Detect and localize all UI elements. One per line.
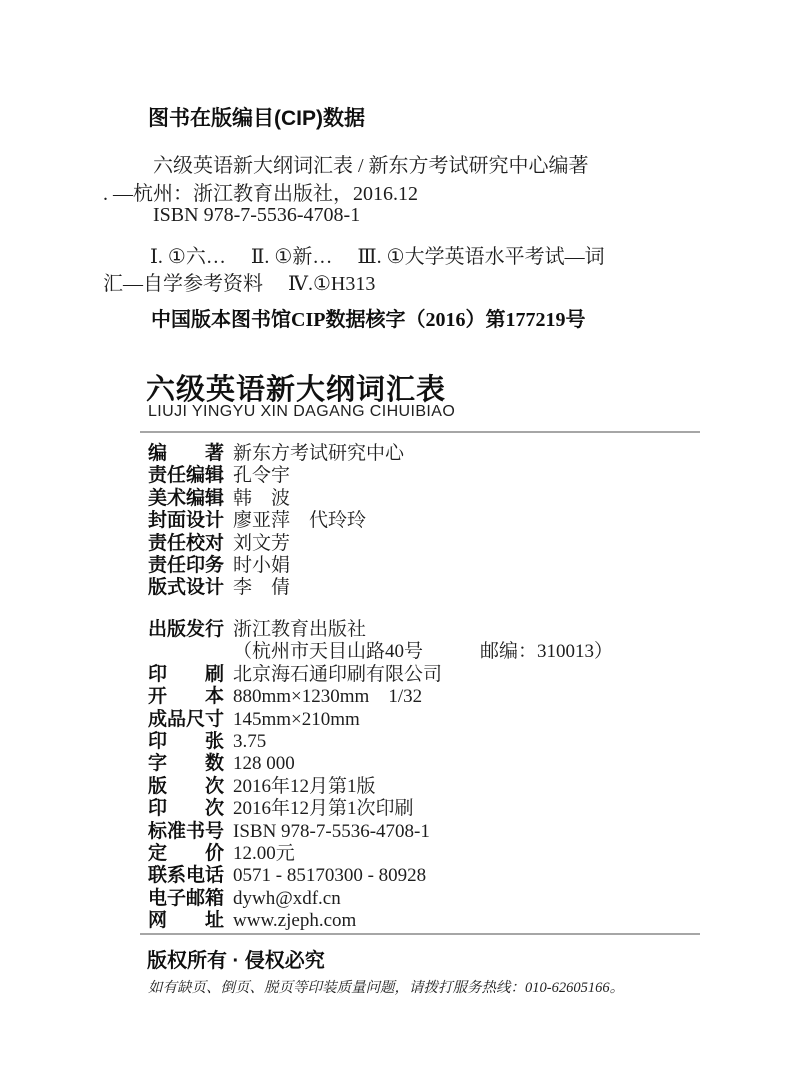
cip-entry-line-2: . —杭州：浙江教育出版社，2016.12 [103,177,418,206]
quality-notice: 如有缺页、倒页、脱页等印装质量问题，请拨打服务热线：010-62605166。 [148,976,624,997]
cip-record-line: 中国版本图书馆CIP数据核字（2016）第177219号 [151,303,585,332]
publication-row: 联系电话0571 - 85170300 - 80928 [148,865,613,887]
publication-label: 网 址 [148,910,233,932]
footer-divider-rule [140,933,700,935]
publication-row: 开 本880mm×1230mm 1/32 [148,686,613,708]
publication-details-list: 出版发行浙江教育出版社 （杭州市天目山路40号 邮编：310013） 印 刷北京… [148,619,613,932]
staff-value: 时小娟 [233,555,290,577]
staff-value: 韩 波 [233,488,290,510]
publication-label: 成品尺寸 [148,709,233,731]
publication-row: 标准书号ISBN 978-7-5536-4708-1 [148,821,613,843]
publication-label: 定 价 [148,843,233,865]
publication-value: 0571 - 85170300 - 80928 [233,865,426,887]
staff-label: 责任校对 [148,533,233,555]
cip-entry-line-1: 六级英语新大纲词汇表 / 新东方考试研究中心编著 [153,149,589,178]
publication-value: www.zjeph.com [233,910,356,932]
publication-row: 印 张3.75 [148,731,613,753]
publication-row: 定 价12.00元 [148,843,613,865]
publication-label: 印 刷 [148,664,233,686]
staff-row: 编 著新东方考试研究中心 [148,443,404,465]
publication-row: 出版发行浙江教育出版社 [148,619,613,641]
publication-label [148,641,233,663]
publication-value: ISBN 978-7-5536-4708-1 [233,821,430,843]
staff-value: 李 倩 [233,577,290,599]
publication-label: 印 次 [148,798,233,820]
publication-label: 字 数 [148,753,233,775]
staff-label: 编 著 [148,443,233,465]
cip-class-line-2: 汇—自学参考资料 Ⅳ.①H313 [103,267,375,296]
staff-label: 美术编辑 [148,488,233,510]
publication-label: 印 张 [148,731,233,753]
publication-label: 出版发行 [148,619,233,641]
book-title-pinyin: LIUJI YINGYU XIN DAGANG CIHUIBIAO [148,403,455,421]
publication-value: 3.75 [233,731,266,753]
staff-label: 版式设计 [148,577,233,599]
publication-label: 联系电话 [148,865,233,887]
publication-value: 145mm×210mm [233,709,360,731]
publication-label: 标准书号 [148,821,233,843]
book-title: 六级英语新大纲词汇表 [146,367,446,408]
staff-credits-list: 编 著新东方考试研究中心 责任编辑孔令宇 美术编辑韩 波 封面设计廖亚萍 代玲玲… [148,443,404,600]
publication-value: 2016年12月第1次印刷 [233,798,414,820]
publication-row: （杭州市天目山路40号 邮编：310013） [148,641,613,663]
publication-row: 电子邮箱dywh@xdf.cn [148,888,613,910]
publication-row: 网 址www.zjeph.com [148,910,613,932]
publication-value: dywh@xdf.cn [233,888,341,910]
cip-isbn-line: ISBN 978-7-5536-4708-1 [153,204,360,227]
staff-value: 新东方考试研究中心 [233,443,404,465]
staff-label: 责任印务 [148,555,233,577]
staff-row: 封面设计廖亚萍 代玲玲 [148,510,404,532]
publication-row: 成品尺寸145mm×210mm [148,709,613,731]
publication-value: 浙江教育出版社 [233,619,366,641]
staff-row: 美术编辑韩 波 [148,488,404,510]
staff-value: 孔令宇 [233,465,290,487]
rights-statement: 版权所有 · 侵权必究 [147,944,325,973]
publication-value: 12.00元 [233,843,295,865]
publication-label: 版 次 [148,776,233,798]
publication-value: 880mm×1230mm 1/32 [233,686,422,708]
publication-value: 2016年12月第1版 [233,776,376,798]
staff-value: 刘文芳 [233,533,290,555]
publication-row: 印 刷北京海石通印刷有限公司 [148,664,613,686]
title-divider-rule [140,431,700,433]
staff-value: 廖亚萍 代玲玲 [233,510,366,532]
publication-row: 印 次2016年12月第1次印刷 [148,798,613,820]
cip-heading: 图书在版编目(CIP)数据 [148,102,365,132]
staff-row: 责任印务时小娟 [148,555,404,577]
publication-value: 128 000 [233,753,295,775]
colophon-page: 图书在版编目(CIP)数据 六级英语新大纲词汇表 / 新东方考试研究中心编著 .… [0,0,800,1086]
staff-row: 版式设计李 倩 [148,577,404,599]
publication-label: 开 本 [148,686,233,708]
publication-label: 电子邮箱 [148,888,233,910]
publication-row: 字 数128 000 [148,753,613,775]
staff-row: 责任校对刘文芳 [148,533,404,555]
publication-value: 北京海石通印刷有限公司 [233,664,442,686]
publication-row: 版 次2016年12月第1版 [148,776,613,798]
staff-label: 责任编辑 [148,465,233,487]
staff-label: 封面设计 [148,510,233,532]
staff-row: 责任编辑孔令宇 [148,465,404,487]
publication-value: （杭州市天目山路40号 邮编：310013） [233,641,613,663]
cip-class-line-1: Ⅰ. ①六… Ⅱ. ①新… Ⅲ. ①大学英语水平考试—词 [150,240,605,269]
